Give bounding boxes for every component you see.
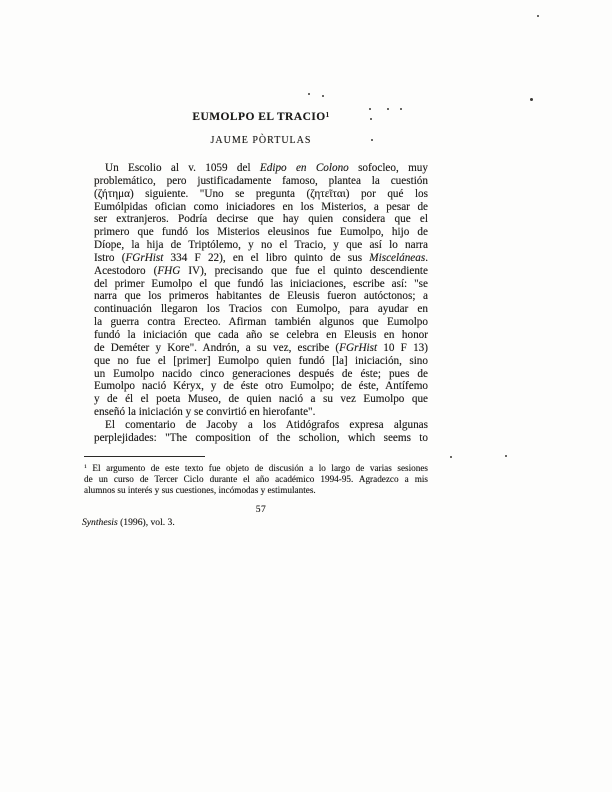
text-segment: Edipo en Colono [260, 162, 349, 174]
text-segment: del primer Eumolpo el que fundó las inic… [94, 278, 428, 290]
text-segment: un Eumolpo nacido cinco generaciones des… [94, 368, 428, 380]
text-segment: perplejidades: "The composition of the s… [94, 432, 428, 444]
text-segment: problemático, pero justificadamente famo… [94, 175, 428, 187]
text-segment: (1996), vol. 3. [118, 517, 175, 528]
scan-speck [387, 108, 389, 110]
article-title: EUMOLPO EL TRACIO1 [94, 111, 428, 123]
text-line: Eumólpidas ofician como iniciadores en l… [94, 201, 428, 214]
text-line: El comentario de Jacoby a los Atidógrafo… [94, 419, 428, 432]
text-segment: Synthesis [82, 517, 118, 528]
text-segment: Misceláneas [369, 252, 425, 264]
scanned-page: EUMOLPO EL TRACIO1 JAUME PÒRTULAS Un Esc… [0, 0, 612, 792]
text-segment: de Deméter y Kore". Andrón, a su vez, es… [94, 342, 339, 354]
text-line: primero que fundó los Misterios eleusino… [94, 226, 428, 239]
scan-speck [400, 108, 402, 110]
text-segment: 334 F 22), en el libro quinto de sus [163, 252, 369, 264]
text-line: del primer Eumolpo el que fundó las inic… [94, 278, 428, 291]
text-segment: IV), precisando que fue el quinto descen… [180, 265, 428, 277]
text-segment: Díope, la hija de Triptólemo, y no el Tr… [94, 239, 428, 251]
scan-speck [322, 95, 324, 97]
text-segment: 1 [84, 464, 87, 470]
text-line: problemático, pero justificadamente famo… [94, 175, 428, 188]
text-segment: FHG [157, 265, 180, 277]
text-segment: Un Escolio al v. 1059 del [105, 162, 260, 174]
text-segment: 10 F 13) [377, 342, 428, 354]
footnote-block: 1 El argumento de este texto fue objeto … [84, 463, 428, 497]
text-segment: alumnos su interés y sus cuestiones, inc… [84, 485, 316, 495]
text-line: de Deméter y Kore". Andrón, a su vez, es… [94, 342, 428, 355]
text-line: y de él el poeta Museo, de quien nació a… [94, 393, 428, 406]
page-number: 57 [94, 504, 428, 515]
footnote-rule [84, 456, 205, 457]
text-segment: primero que fundó los Misterios eleusino… [94, 226, 428, 238]
scan-speck [537, 15, 539, 17]
text-line: Acestodoro (FHG IV), precisando que fue … [94, 265, 428, 278]
text-segment: y de él el poeta Museo, de quien nació a… [94, 393, 428, 405]
text-segment: Istro ( [94, 252, 125, 264]
text-segment: Acestodoro ( [94, 265, 157, 277]
scan-speck [450, 456, 452, 458]
text-line: Istro (FGrHist 334 F 22), en el libro qu… [94, 252, 428, 265]
text-segment: fundó la iniciación que cada año se cele… [94, 329, 428, 341]
text-segment: ser extranjeros. Podría decirse que hay … [94, 213, 428, 225]
text-segment: (ζήτημα) siguiente. "Uno se pregunta (ζη… [94, 188, 428, 200]
text-segment: sofocleo, muy [349, 162, 428, 174]
text-line: 1 El argumento de este texto fue objeto … [84, 463, 428, 474]
text-segment: FGrHist [339, 342, 377, 354]
text-line: la guerra contra Erecteo. Afirman tambié… [94, 316, 428, 329]
text-line: alumnos su interés y sus cuestiones, inc… [84, 485, 428, 496]
text-line: Eumolpo nació Kéryx, y de éste otro Eumo… [94, 380, 428, 393]
text-segment: El argumento de este texto fue objeto de… [87, 463, 428, 473]
text-segment: Eumólpidas ofician como iniciadores en l… [94, 201, 428, 213]
text-segment: . [425, 252, 428, 264]
text-line: un Eumolpo nacido cinco generaciones des… [94, 368, 428, 381]
text-line: de un curso de Tercer Ciclo durante el a… [84, 474, 428, 485]
text-line: Un Escolio al v. 1059 del Edipo en Colon… [94, 162, 428, 175]
text-line: Díope, la hija de Triptólemo, y no el Tr… [94, 239, 428, 252]
scan-speck [369, 108, 371, 110]
scan-speck [505, 455, 507, 457]
article-body: Un Escolio al v. 1059 del Edipo en Colon… [94, 162, 428, 445]
text-segment: Eumolpo nació Kéryx, y de éste otro Eumo… [94, 380, 428, 392]
text-line: ser extranjeros. Podría decirse que hay … [94, 213, 428, 226]
article-title-text: EUMOLPO EL TRACIO [192, 111, 325, 123]
text-segment: que no fue el [primer] Eumolpo quien fun… [94, 355, 428, 367]
text-segment: narra que los primeros habitantes de Ele… [94, 290, 428, 302]
text-segment: enseñó la iniciación y se convirtió en h… [94, 406, 315, 418]
text-line: continuación llegaron los Tracios con Eu… [94, 303, 428, 316]
text-segment: FGrHist [125, 252, 163, 264]
scan-speck [308, 93, 310, 95]
text-segment: la guerra contra Erecteo. Afirman tambié… [94, 316, 428, 328]
text-line: que no fue el [primer] Eumolpo quien fun… [94, 355, 428, 368]
text-line: enseñó la iniciación y se convirtió en h… [94, 406, 428, 419]
text-line: fundó la iniciación que cada año se cele… [94, 329, 428, 342]
text-line: (ζήτημα) siguiente. "Uno se pregunta (ζη… [94, 188, 428, 201]
text-segment: continuación llegaron los Tracios con Eu… [94, 303, 428, 315]
scan-speck [530, 98, 533, 101]
journal-citation: Synthesis (1996), vol. 3. [82, 517, 175, 528]
title-footnote-mark: 1 [326, 111, 330, 119]
text-segment: El comentario de Jacoby a los Atidógrafo… [105, 419, 428, 431]
text-line: narra que los primeros habitantes de Ele… [94, 290, 428, 303]
article-author: JAUME PÒRTULAS [94, 135, 428, 146]
text-segment: de un curso de Tercer Ciclo durante el a… [84, 474, 428, 484]
text-line: perplejidades: "The composition of the s… [94, 432, 428, 445]
